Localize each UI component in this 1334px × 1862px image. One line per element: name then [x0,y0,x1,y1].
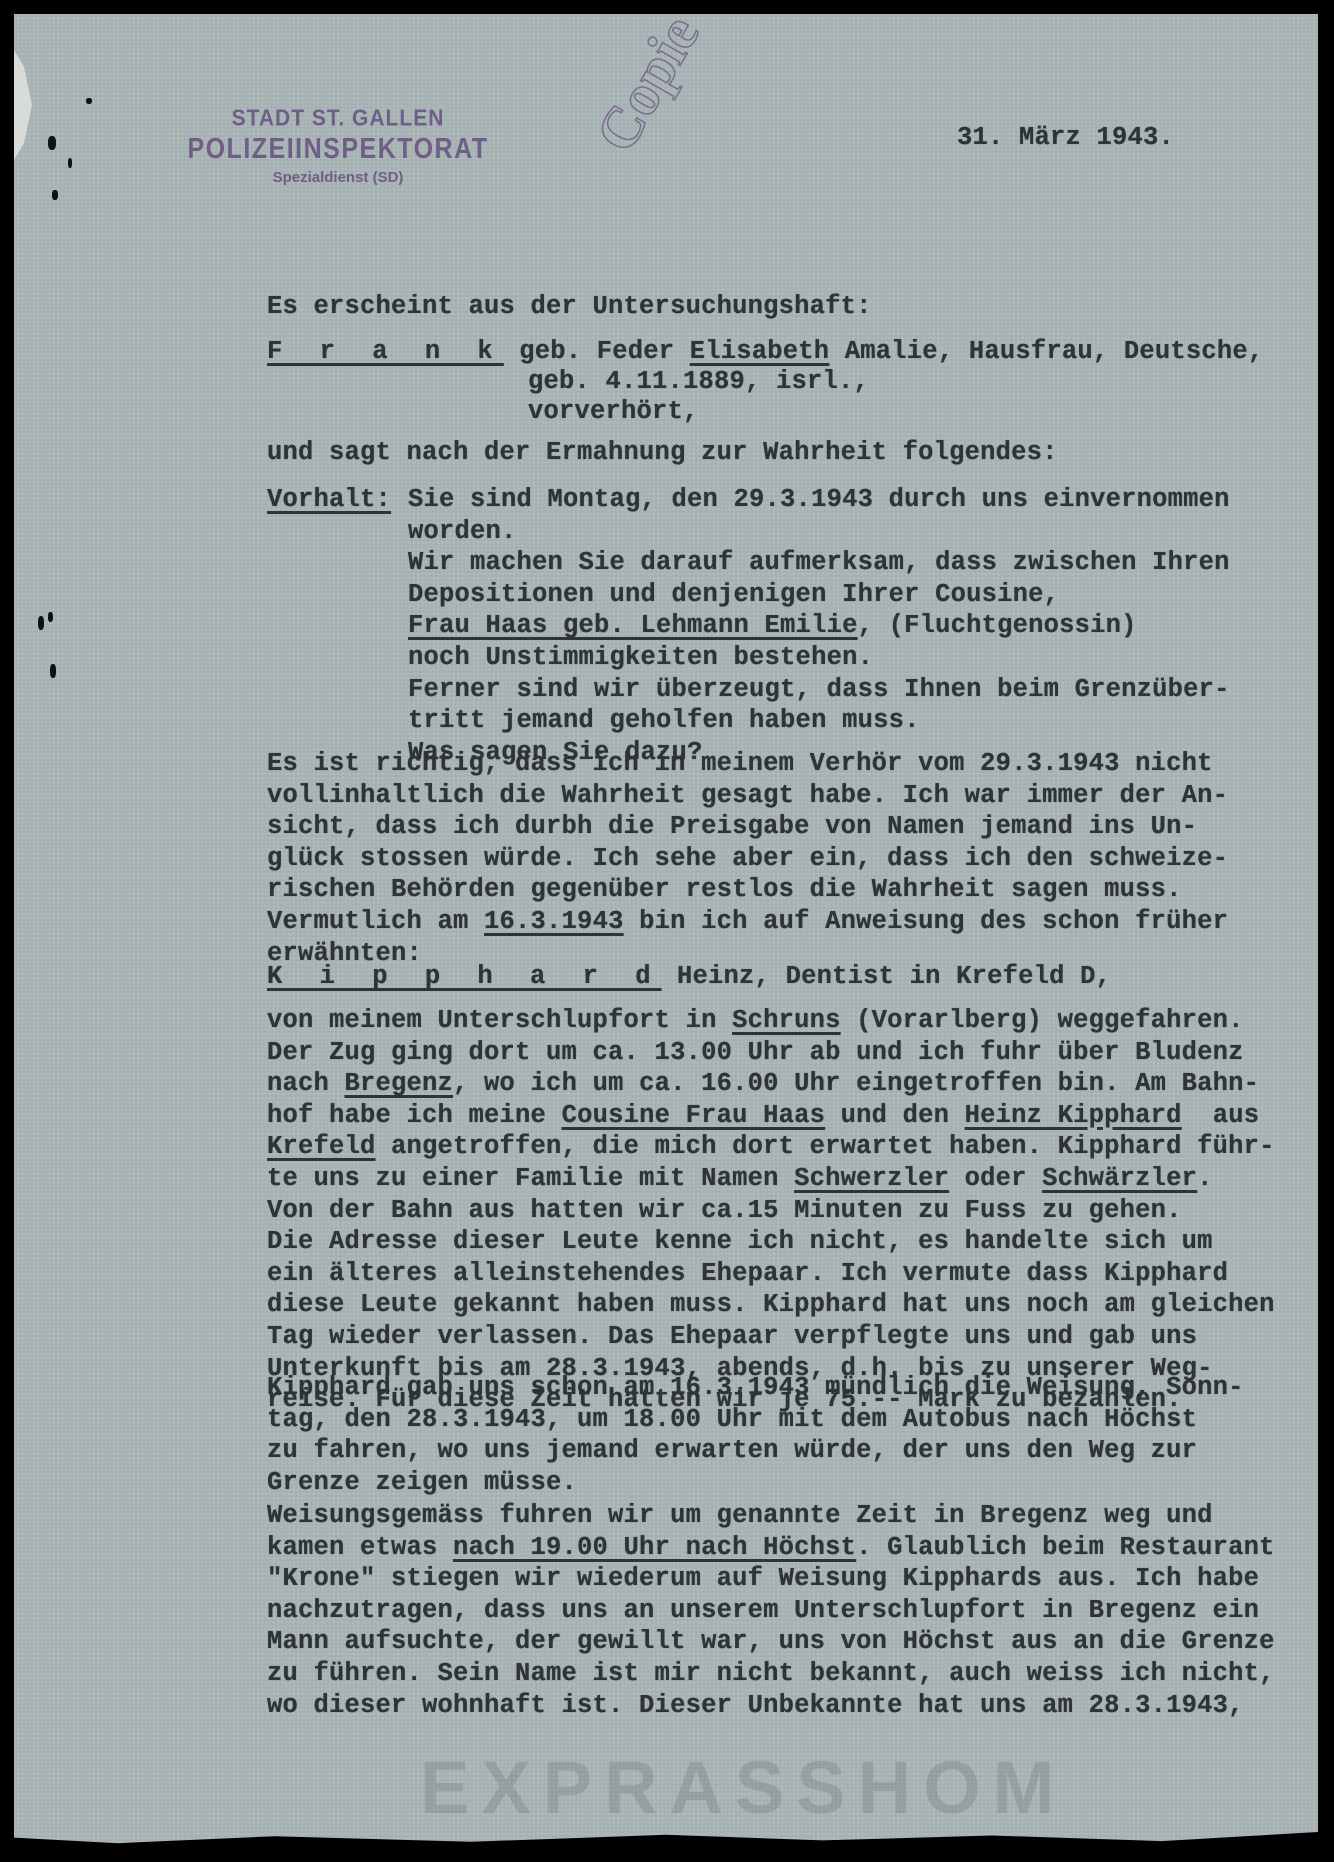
punch-mark [50,664,56,678]
paragraph-2: Vermutlich am 16.3.1943 bin ich auf Anwe… [267,906,1228,969]
intro-line: Es erscheint aus der Untersuchungshaft: [267,291,872,323]
person-given-name: Elisabeth [690,337,830,366]
stamp-department: Spezialdienst (SD) [168,170,508,185]
person-line-1: F r a n k geb. Feder Elisabeth Amalie, H… [267,336,1263,368]
paragraph-4: Kipphard gab uns schon am 16.3.1943 münd… [267,1372,1244,1498]
paragraph-1: Es ist richtig, dass ich in meinem Verhö… [267,748,1228,906]
person-line-3: vorverhört, [528,396,699,428]
punch-mark [86,98,92,104]
ghost-showthrough-text: EXPRASSHOM [420,1745,1066,1830]
punch-mark [38,616,44,630]
kipphard-line: K i p p h a r d Heinz, Dentist in Krefel… [267,961,1111,993]
admonition-line: und sagt nach der Ermahnung zur Wahrheit… [267,437,1058,469]
paragraph-3: von meinem Unterschlupfort in Schruns (V… [267,1005,1275,1416]
person-line-2: geb. 4.11.1889, isrl., [528,366,869,398]
cousine-name: Frau Haas geb. Lehmann Emilie [408,611,858,640]
kipphard-surname: K i p p h a r d [267,962,662,991]
stamp-city: STADT ST. GALLEN [168,107,508,130]
person-surname: F r a n k [267,337,504,366]
vorhalt-label: Vorhalt: [267,484,391,516]
vorhalt-block: Sie sind Montag, den 29.3.1943 durch uns… [408,484,1230,768]
punch-mark [48,136,56,150]
punch-mark [52,190,58,200]
punch-mark [68,158,72,168]
stamp-office: POLIZEIINSPEKTORAT [168,135,508,164]
document-date: 31. März 1943. [957,122,1174,154]
punch-mark [48,612,53,622]
paragraph-5: Weisungsgemäss fuhren wir um genannte Ze… [267,1500,1275,1721]
police-stamp: STADT ST. GALLEN POLIZEIINSPEKTORAT Spez… [168,108,508,185]
